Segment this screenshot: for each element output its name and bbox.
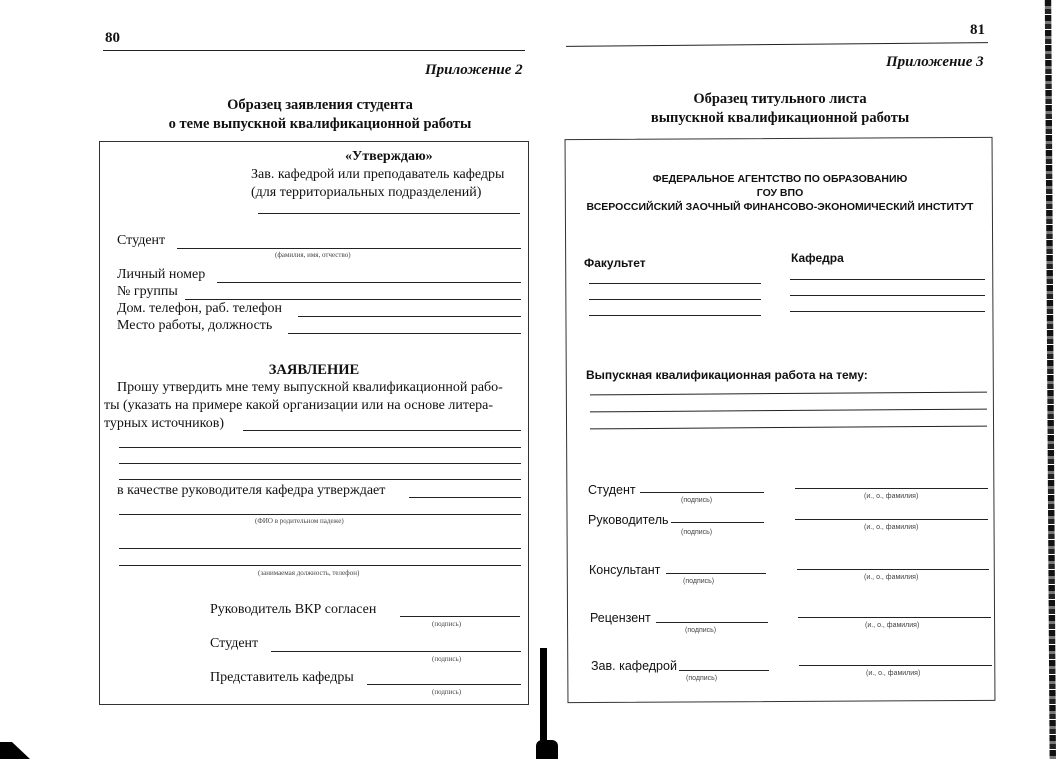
vkr-head-label: Руководитель ВКР согласен	[210, 602, 376, 618]
dept-rep-label: Представитель кафедры	[210, 670, 354, 686]
title-line-2: выпускной квалификационной работы	[570, 109, 990, 128]
signer-reviewer-sign-hint: (подпись)	[685, 627, 716, 634]
topic-line-4[interactable]	[119, 479, 521, 480]
department-line-2[interactable]	[790, 295, 985, 296]
signer-supervisor-label: Руководитель	[588, 513, 669, 527]
signer-reviewer-signature-line[interactable]	[656, 622, 768, 623]
group-line[interactable]	[185, 299, 521, 300]
signer-student-label: Студент	[588, 483, 636, 497]
supervisor-line-2[interactable]	[119, 514, 521, 515]
signer-head-label: Зав. кафедрой	[591, 659, 677, 673]
appendix-label-left: Приложение 2	[425, 62, 523, 79]
topic-line-2[interactable]	[119, 447, 521, 448]
signer-head-sign-hint: (подпись)	[686, 675, 717, 682]
signer-supervisor-signature-line[interactable]	[671, 522, 764, 523]
personal-number-line[interactable]	[217, 282, 521, 283]
statement-text-2: ты (указать на примере какой организации…	[104, 398, 493, 414]
header-rule-right	[566, 42, 988, 47]
phones-label: Дом. телефон, раб. телефон	[117, 301, 282, 317]
signer-reviewer-name-line[interactable]	[798, 617, 991, 618]
student-name-line[interactable]	[177, 248, 521, 249]
title-line-1: Образец заявления студента	[110, 96, 530, 115]
vkr-head-signature-line[interactable]	[400, 616, 520, 617]
approve-line-2: (для территориальных подразделений)	[251, 184, 481, 202]
signer-reviewer-label: Рецензент	[590, 611, 651, 625]
signer-head-name-line[interactable]	[799, 665, 992, 666]
signer-consultant-signature-line[interactable]	[666, 573, 766, 574]
student-sign-hint: (подпись)	[432, 655, 461, 663]
faculty-line-2[interactable]	[589, 299, 761, 300]
approve-signature-line[interactable]	[258, 213, 520, 214]
student-signature-line[interactable]	[271, 651, 521, 652]
signer-supervisor-name-hint: (и., о., фамилия)	[864, 524, 918, 531]
header-rule-left	[103, 50, 525, 51]
signer-student-name-line[interactable]	[795, 488, 988, 489]
page-number-right: 81	[970, 22, 985, 39]
thesis-topic-label: Выпускная квалификационная работа на тем…	[586, 368, 868, 382]
signer-student-signature-line[interactable]	[640, 492, 764, 493]
signer-student-name-hint: (и., о., фамилия)	[864, 493, 918, 500]
position-line-1[interactable]	[119, 548, 521, 549]
statement-heading: ЗАЯВЛЕНИЕ	[100, 362, 528, 379]
workplace-label: Место работы, должность	[117, 318, 272, 334]
supervisor-line-1[interactable]	[409, 497, 521, 498]
statement-text-1: Прошу утвердить мне тему выпускной квали…	[117, 380, 503, 396]
signer-supervisor-name-line[interactable]	[795, 519, 988, 520]
dept-rep-sign-hint: (подпись)	[432, 688, 461, 696]
topic-line-3[interactable]	[119, 463, 521, 464]
page-number-left: 80	[105, 30, 120, 47]
institute-name: ВСЕРОССИЙСКИЙ ЗАОЧНЫЙ ФИНАНСОВО-ЭКОНОМИЧ…	[570, 200, 990, 214]
signer-consultant-label: Консультант	[589, 563, 660, 577]
signer-consultant-sign-hint: (подпись)	[683, 578, 714, 585]
approve-line-1: Зав. кафедрой или преподаватель кафедры	[251, 166, 504, 184]
signer-consultant-name-hint: (и., о., фамилия)	[864, 574, 918, 581]
faculty-line-3[interactable]	[589, 315, 761, 316]
page-title-right: Образец титульного листа выпускной квали…	[570, 90, 990, 128]
topic-line-1[interactable]	[243, 430, 521, 431]
student-sign-label: Студент	[210, 636, 258, 652]
faculty-line-1[interactable]	[589, 283, 761, 284]
title-line-2: о теме выпускной квалификационной работы	[110, 115, 530, 134]
supervisor-label: в качестве руководителя кафедра утвержда…	[117, 483, 385, 499]
dept-rep-signature-line[interactable]	[367, 684, 521, 685]
student-label: Студент	[117, 233, 165, 249]
position-hint: (занимаемая должность, телефон)	[258, 569, 359, 577]
scan-corner-shadow	[0, 742, 30, 759]
position-line-2[interactable]	[119, 565, 521, 566]
signer-consultant-name-line[interactable]	[797, 569, 989, 570]
approve-heading: «Утверждаю»	[345, 148, 433, 166]
signer-supervisor-sign-hint: (подпись)	[681, 529, 712, 536]
faculty-label: Факультет	[584, 256, 646, 270]
signer-reviewer-name-hint: (и., о., фамилия)	[865, 622, 919, 629]
title-line-1: Образец титульного листа	[570, 90, 990, 109]
department-label: Кафедра	[791, 251, 844, 265]
group-label: № группы	[117, 284, 178, 300]
personal-number-label: Личный номер	[117, 267, 205, 283]
supervisor-hint: (ФИО в родительном падеже)	[255, 517, 344, 525]
department-line-3[interactable]	[790, 311, 985, 312]
student-name-hint: (фамилия, имя, отчество)	[275, 251, 351, 259]
institution-header: ФЕДЕРАЛЬНОЕ АГЕНТСТВО ПО ОБРАЗОВАНИЮ ГОУ…	[570, 172, 990, 214]
book-spine-base	[536, 740, 558, 759]
signer-head-signature-line[interactable]	[679, 670, 769, 671]
page-title-left: Образец заявления студента о теме выпуск…	[110, 96, 530, 134]
page-edge-stack	[1040, 0, 1056, 759]
vkr-head-sign-hint: (подпись)	[432, 620, 461, 628]
phones-line[interactable]	[298, 316, 521, 317]
workplace-line[interactable]	[288, 333, 521, 334]
signer-head-name-hint: (и., о., фамилия)	[866, 670, 920, 677]
statement-text-3: турных источников)	[104, 416, 224, 432]
appendix-label-right: Приложение 3	[886, 54, 984, 71]
signer-student-sign-hint: (подпись)	[681, 497, 712, 504]
institution-type: ГОУ ВПО	[570, 186, 990, 200]
department-line-1[interactable]	[790, 279, 985, 280]
agency-name: ФЕДЕРАЛЬНОЕ АГЕНТСТВО ПО ОБРАЗОВАНИЮ	[570, 172, 990, 186]
